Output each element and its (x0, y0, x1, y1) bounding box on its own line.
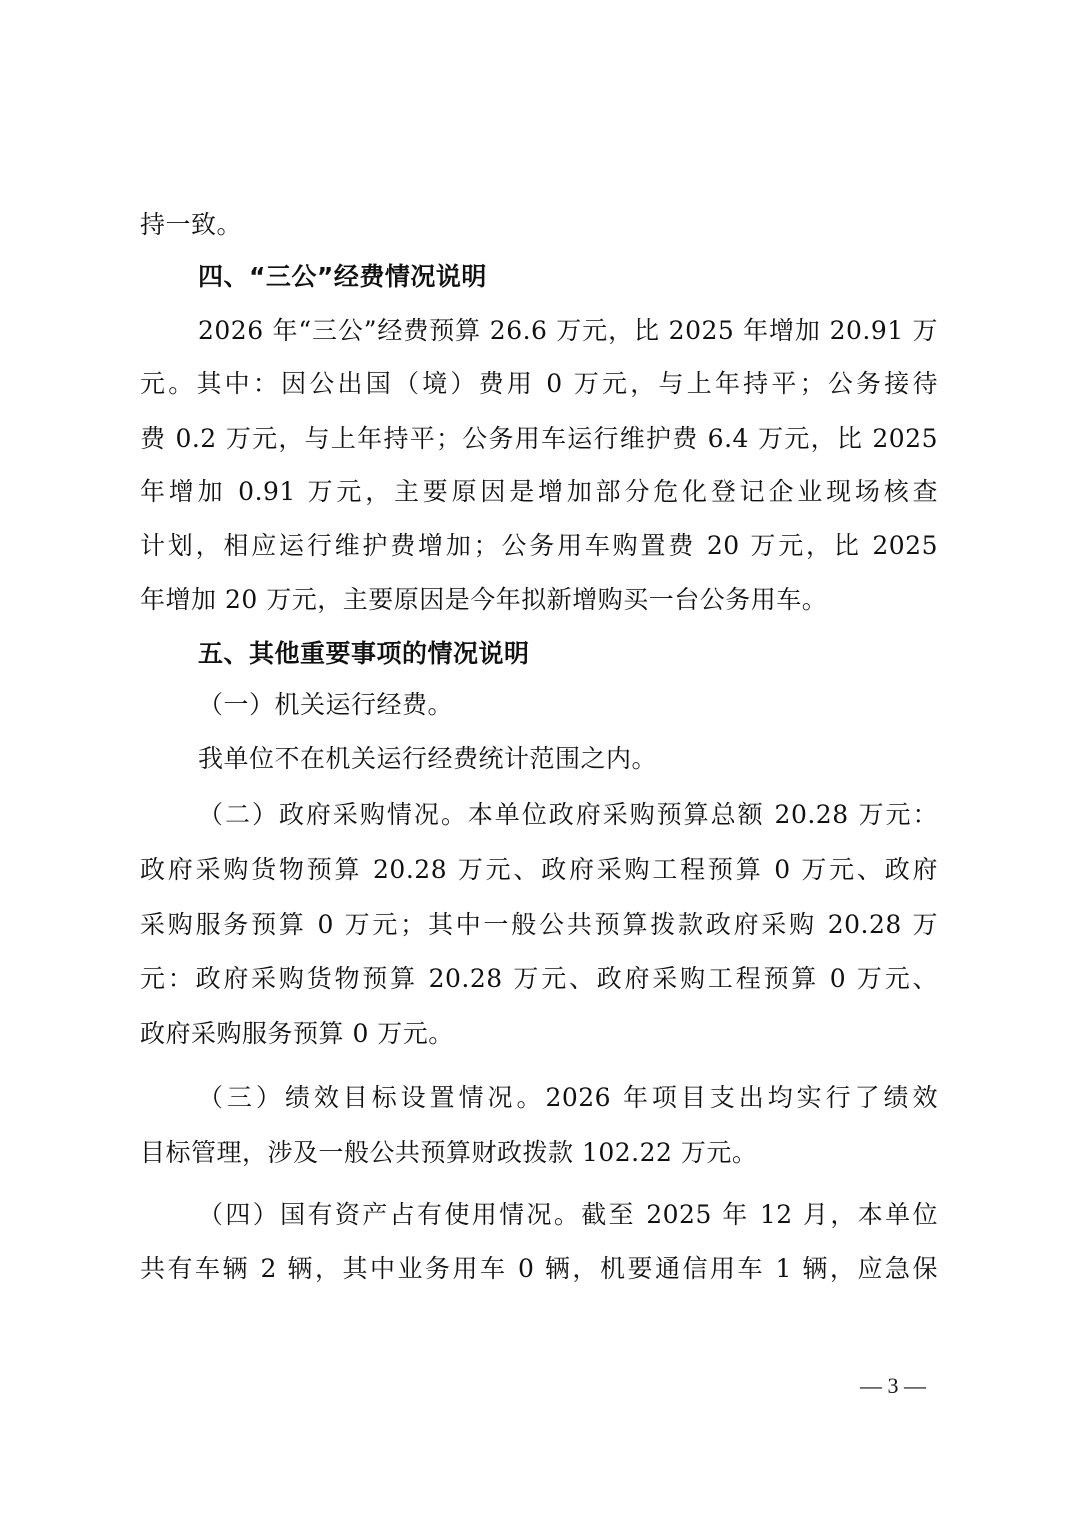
paragraph-line: 元。其中：因公出国（境）费用 0 万元，与上年持平；公务接待 (140, 369, 938, 399)
paragraph-line: （二）政府采购情况。本单位政府采购预算总额 20.28 万元： (198, 800, 938, 830)
section-heading: 五、其他重要事项的情况说明 (198, 639, 938, 669)
paragraph-line: （四）国有资产占有使用情况。截至 2025 年 12 月，本单位 (198, 1200, 938, 1230)
paragraph-line: （三）绩效目标设置情况。2026 年项目支出均实行了绩效 (198, 1083, 938, 1113)
paragraph-line: 计划，相应运行维护费增加；公务用车购置费 20 万元，比 2025 (140, 531, 938, 561)
paragraph-line: 政府采购服务预算 0 万元。 (140, 1019, 938, 1049)
paragraph-line: （一）机关运行经费。 (198, 690, 938, 720)
section-heading: 四、“三公”经费情况说明 (198, 262, 938, 292)
paragraph-line: 目标管理，涉及一般公共预算财政拨款 102.22 万元。 (140, 1138, 938, 1168)
document-page: 持一致。四、“三公”经费情况说明2026 年“三公”经费预算 26.6 万元，比… (0, 0, 1074, 1520)
paragraph-line: 年增加 0.91 万元，主要原因是增加部分危化登记企业现场核查 (140, 477, 938, 507)
paragraph-line: 政府采购货物预算 20.28 万元、政府采购工程预算 0 万元、政府 (140, 855, 938, 885)
paragraph-line: 我单位不在机关运行经费统计范围之内。 (198, 744, 938, 774)
paragraph-line: 持一致。 (140, 210, 938, 240)
page-number: — 3 — (860, 1373, 926, 1399)
paragraph-line: 2026 年“三公”经费预算 26.6 万元，比 2025 年增加 20.91 … (198, 316, 938, 346)
paragraph-line: 费 0.2 万元，与上年持平；公务用车运行维护费 6.4 万元，比 2025 (140, 424, 938, 454)
paragraph-line: 年增加 20 万元，主要原因是今年拟新增购买一台公务用车。 (140, 585, 938, 615)
paragraph-line: 采购服务预算 0 万元；其中一般公共预算拨款政府采购 20.28 万 (140, 910, 938, 940)
paragraph-line: 共有车辆 2 辆，其中业务用车 0 辆，机要通信用车 1 辆，应急保 (140, 1254, 938, 1284)
paragraph-line: 元：政府采购货物预算 20.28 万元、政府采购工程预算 0 万元、 (140, 964, 938, 994)
